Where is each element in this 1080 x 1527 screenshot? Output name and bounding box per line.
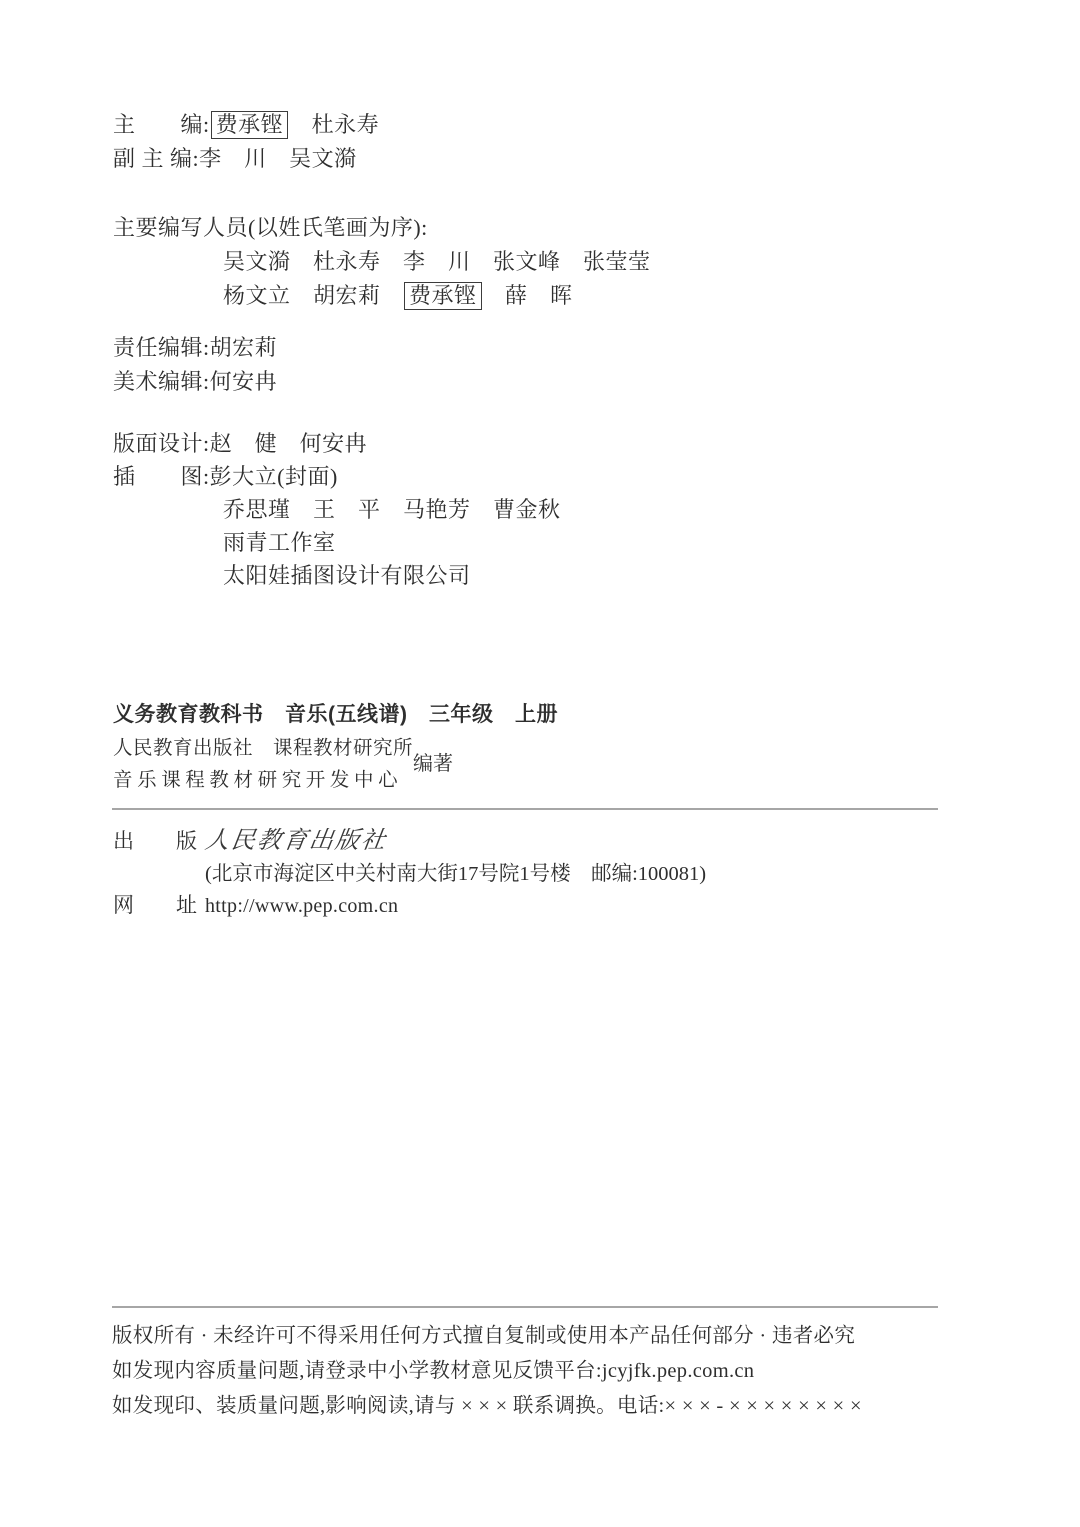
illustration-cover-name: 彭大立(封面)	[210, 464, 338, 489]
chief-editor-names: 杜永寿	[289, 112, 379, 137]
divider-rule-bottom	[112, 1306, 938, 1308]
art-editor-name: 何安冉	[210, 369, 278, 394]
edition-role: 编著	[413, 747, 453, 776]
website-url: http://www.pep.com.cn	[205, 895, 398, 917]
content-feedback-notice: 如发现内容质量问题,请登录中小学教材意见反馈平台:jcyjfk.pep.com.…	[112, 1354, 862, 1389]
website-label: 网 址	[113, 890, 205, 922]
illustration-line: 插 图:彭大立(封面)	[113, 460, 561, 493]
writers-row-2-before: 杨文立 胡宏莉	[223, 283, 403, 308]
writers-block: 主要编写人员(以姓氏笔画为序): 吴文漪 杜永寿 李 川 张文峰 张莹莹 杨文立…	[113, 211, 651, 313]
writers-heading: 主要编写人员(以姓氏笔画为序):	[113, 211, 651, 245]
chief-editor-boxed-name: 费承铿	[211, 111, 289, 139]
responsible-editor-label: 责任编辑:	[113, 335, 210, 360]
layout-design-line: 版面设计:赵 健 何安冉	[113, 427, 561, 460]
deputy-editor-names: 李 川 吴文漪	[199, 146, 357, 171]
editorial-staff-block: 责任编辑:胡宏莉 美术编辑:何安冉	[113, 331, 277, 399]
edition-org-line-1: 人民教育出版社 课程教材研究所	[113, 733, 558, 765]
writers-row-2-after: 薛 晖	[483, 283, 573, 308]
print-quality-notice: 如发现印、装质量问题,影响阅读,请与 × × × 联系调换。电话:× × × -…	[112, 1389, 862, 1424]
design-block: 版面设计:赵 健 何安冉 插 图:彭大立(封面) 乔思瑾 王 平 马艳芳 曹金秋…	[113, 427, 561, 592]
art-editor-line: 美术编辑:何安冉	[113, 365, 277, 399]
publish-label: 出 版	[113, 826, 205, 858]
copyright-block: 版权所有 · 未经许可不得采用任何方式擅自复制或使用本产品任何部分 · 违者必究…	[112, 1319, 862, 1424]
publish-row: 出 版人民教育出版社	[113, 826, 706, 859]
responsible-editor-name: 胡宏莉	[210, 335, 278, 360]
illustration-label: 插 图:	[113, 464, 210, 489]
deputy-editor-line: 副 主 编:李 川 吴文漪	[113, 142, 379, 176]
website-row: 网 址http://www.pep.com.cn	[113, 890, 706, 923]
publisher-script-logo: 人民教育出版社	[203, 826, 389, 858]
writers-row-1: 吴文漪 杜永寿 李 川 张文峰 张莹莹	[113, 245, 651, 279]
editors-block: 主 编:费承铿 杜永寿 副 主 编:李 川 吴文漪	[113, 108, 379, 176]
series-title: 义务教育教科书 音乐(五线谱) 三年级 上册	[113, 697, 558, 733]
art-editor-label: 美术编辑:	[113, 369, 210, 394]
colophon-page: 主 编:费承铿 杜永寿 副 主 编:李 川 吴文漪 主要编写人员(以姓氏笔画为序…	[0, 0, 1080, 1527]
writers-boxed-name: 费承铿	[404, 282, 482, 310]
layout-design-label: 版面设计:	[113, 431, 210, 456]
copyright-notice: 版权所有 · 未经许可不得采用任何方式擅自复制或使用本产品任何部分 · 违者必究	[112, 1319, 862, 1354]
publisher-block: 出 版人民教育出版社 (北京市海淀区中关村南大街17号院1号楼 邮编:10008…	[113, 826, 706, 923]
edition-org-line-2: 音乐课程教材研究开发中心	[113, 765, 558, 797]
edition-block: 义务教育教科书 音乐(五线谱) 三年级 上册 人民教育出版社 课程教材研究所 音…	[113, 697, 558, 797]
publisher-address: (北京市海淀区中关村南大街17号院1号楼 邮编:100081)	[113, 859, 706, 891]
chief-editor-label: 主 编:	[113, 112, 210, 137]
responsible-editor-line: 责任编辑:胡宏莉	[113, 331, 277, 365]
deputy-editor-label: 副 主 编:	[113, 146, 199, 171]
writers-row-2: 杨文立 胡宏莉 费承铿 薛 晖	[113, 279, 651, 313]
illustration-row: 太阳娃插图设计有限公司	[113, 559, 561, 592]
layout-design-names: 赵 健 何安冉	[210, 431, 368, 456]
chief-editor-line: 主 编:费承铿 杜永寿	[113, 108, 379, 142]
divider-rule-top	[112, 808, 938, 810]
illustration-row: 乔思瑾 王 平 马艳芳 曹金秋	[113, 493, 561, 526]
illustration-row: 雨青工作室	[113, 526, 561, 559]
